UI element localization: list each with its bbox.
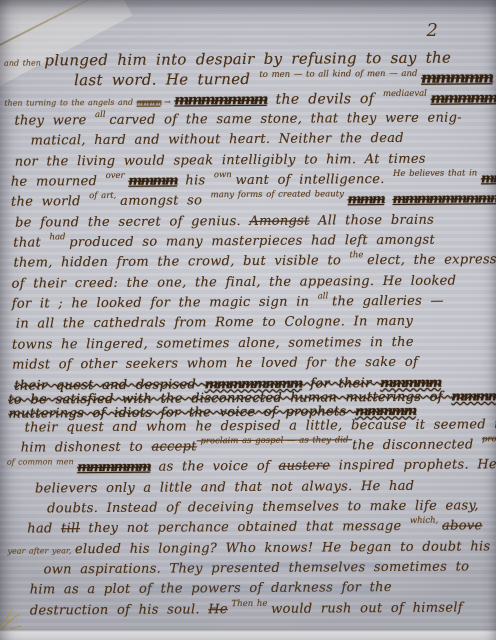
text-segment: the world [11, 194, 89, 210]
text-segment: the disconnected [352, 437, 482, 453]
page-number: 2 [427, 20, 438, 41]
manuscript-photo: 2 and then plunged him into despair by r… [0, 0, 496, 640]
text-segment: him dishonest to [21, 439, 152, 455]
interlinear-insertion: all [318, 292, 332, 302]
interlinear-insertion: own [214, 170, 236, 180]
scribble-strikeout: mmmmm [431, 90, 496, 106]
interlinear-insertion: which, [410, 516, 442, 526]
struck-text: austere [278, 459, 330, 474]
struck-text: till [61, 521, 80, 536]
text-segment: towns he lingered, sometimes alone, some… [12, 335, 414, 353]
manuscript-body: and then plunged him into despair by ref… [4, 48, 484, 640]
margin-note: then turning to the angels and [4, 97, 136, 107]
struck-insertion: proclamation mutterings [482, 433, 496, 444]
scribble-strikeout: mmmmmmm [174, 92, 267, 109]
scribble-strikeout: mmmmmm [77, 460, 150, 476]
scribble-strikeout: mmm [348, 192, 385, 207]
scribble-strikeout: mmmmm [421, 69, 492, 87]
interlinear-insertion: mediaeval [383, 88, 431, 98]
text-segment: would rush out of himself [271, 600, 463, 616]
text-segment: eluded his longing? Who knows! He began … [75, 539, 491, 557]
page-bottom-edge [0, 629, 496, 640]
interlinear-insertion: the [349, 251, 367, 261]
text-segment [384, 192, 393, 207]
margin-insertion: of common men [7, 457, 77, 466]
struck-text: accept [151, 439, 196, 454]
text-segment: carved of the same stone, that they were… [109, 111, 462, 128]
text-segment: they not perchance obtained that message [80, 519, 410, 536]
show-through-text [140, 586, 380, 593]
interlinear-insertion: of art, [89, 191, 120, 201]
text-segment: the galleries — [332, 294, 444, 310]
text-segment: All those brains [310, 212, 435, 228]
text-segment: them, hidden from the crowd, but visible… [13, 254, 349, 271]
text-segment: want of intelligence. [235, 172, 393, 188]
text-segment: that [13, 235, 49, 250]
interlinear-insertion: all [95, 110, 109, 120]
text-segment: last word. He turned [74, 70, 259, 89]
text-segment: amongst so [120, 194, 211, 210]
text-segment: elect, the expression [367, 253, 496, 269]
show-through-text [175, 562, 385, 569]
interlinear-insertion: many forms of created beauty [211, 190, 348, 201]
text-segment: inspired prophets. He despised those [330, 457, 496, 474]
text-segment: for it ; he looked for the magic sign in [12, 295, 318, 312]
struck-text: above [442, 519, 483, 534]
text-segment: their quest and whom he despised a littl… [25, 417, 496, 435]
text-segment: matical, hard and without heart. Neither… [31, 131, 404, 149]
text-segment: as the voice of [150, 459, 279, 475]
margin-note: year after year, [7, 546, 75, 555]
struck-text: Amongst [249, 213, 309, 228]
struck-insertion: proclaim as gospel — as they did [197, 435, 352, 446]
interlinear-insertion: to men — to all kind of men — and [259, 69, 421, 80]
text-segment: in all the cathedrals from Rome to Colog… [16, 314, 413, 332]
text-segment: he mourned [11, 174, 106, 190]
scribble-strikeout: mmmm [128, 174, 177, 189]
text-segment: believers only a little and that not alw… [35, 478, 414, 496]
text-segment: destruction of his soul. [30, 602, 208, 618]
text-segment: be found the secret of genius. [15, 214, 249, 231]
text-segment: they were [14, 113, 95, 129]
interlinear-insertion: had [49, 232, 69, 242]
margin-note: → [161, 97, 175, 106]
text-segment: plunged him into despair by refusing to … [44, 49, 451, 70]
interlinear-insertion: over [106, 171, 129, 181]
interlinear-insertion: He believes that in [393, 168, 481, 179]
scribble-strikeout: mmmmm [451, 389, 496, 404]
interlinear-insertion: Then he [228, 598, 271, 608]
text-segment: had [27, 522, 61, 537]
interlinear-insertion: him [492, 68, 496, 78]
text-segment: of their creed: the one, the final, the … [12, 273, 457, 291]
text-segment: the devils of [267, 91, 383, 108]
text-segment: doubts. Instead of deceiving themselves … [47, 498, 479, 516]
margin-note: and then [4, 58, 44, 67]
scribble-strikeout: mmmmmm [481, 171, 496, 187]
text-segment: midst of other seekers whom he loved for… [12, 355, 418, 373]
text-segment: nor the living would speak intelligibly … [15, 151, 426, 169]
scribble-strikeout: mmmmmmmmm [393, 192, 496, 208]
text-segment: produced so many masterpieces had left a… [69, 233, 435, 251]
struck-text: He [208, 602, 228, 617]
manuscript-line: destruction of his soul. He Then he woul… [8, 599, 484, 623]
margin-scribble: mmmm [137, 97, 161, 106]
text-segment: his [177, 173, 214, 188]
